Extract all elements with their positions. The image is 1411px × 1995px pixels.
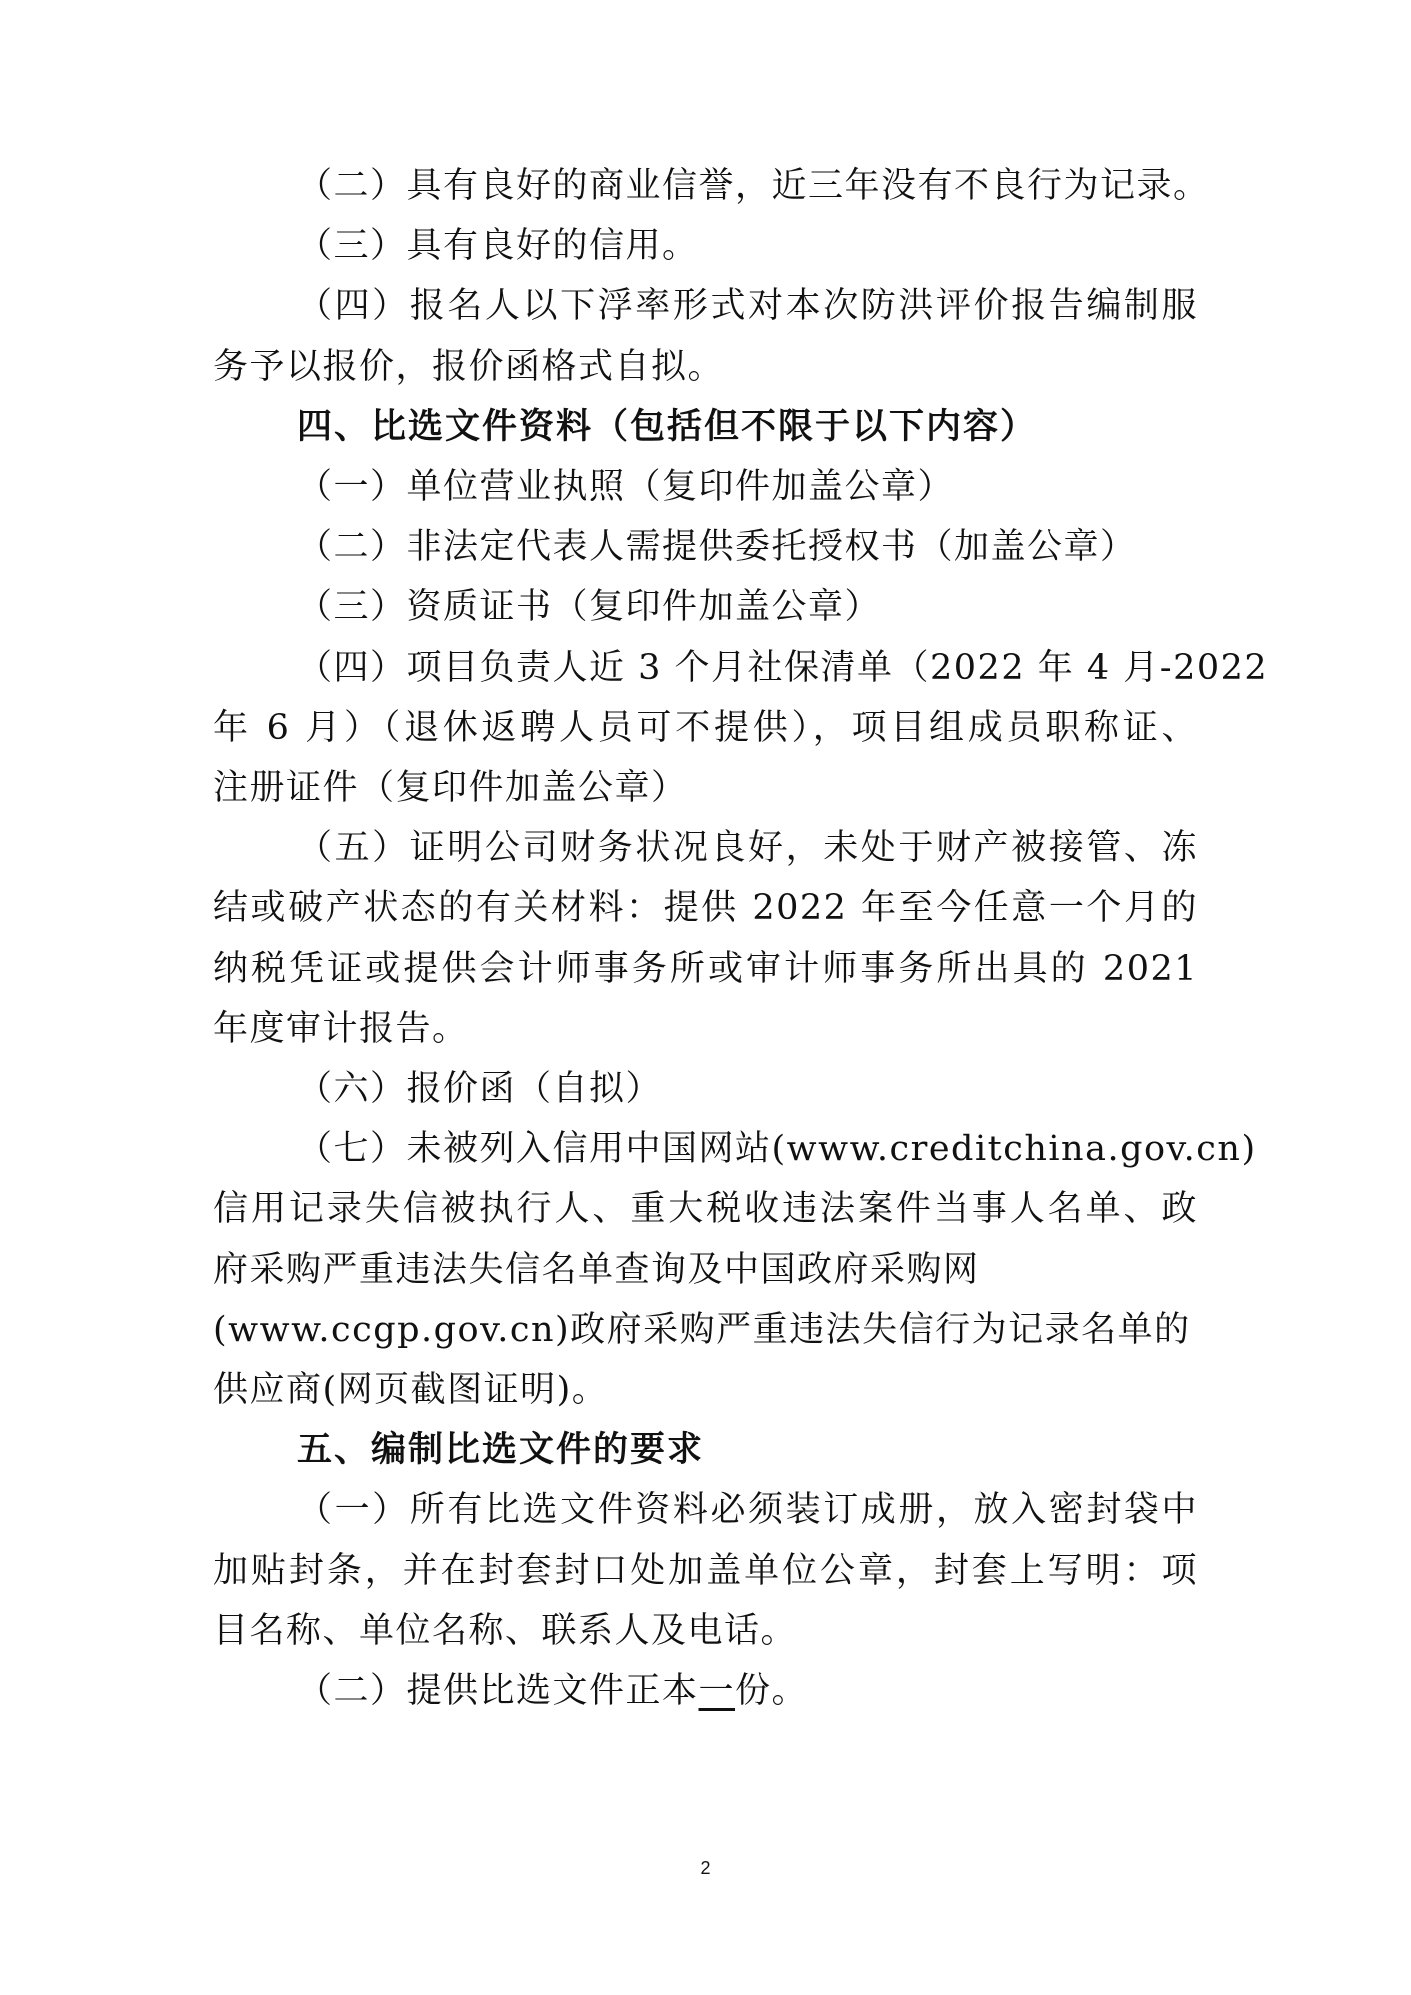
paragraph-line: 务予以报价，报价函格式自拟。 <box>213 337 1198 397</box>
paragraph-line: 年 6 月）（退休返聘人员可不提供），项目组成员职称证、 <box>213 698 1198 758</box>
paragraph-line: （四）报名人以下浮率形式对本次防洪评价报告编制服 <box>297 276 1198 336</box>
document-page: （二）具有良好的商业信誉，近三年没有不良行为记录。（三）具有良好的信用。（四）报… <box>0 0 1411 1995</box>
paragraph-line: 年度审计报告。 <box>213 999 1198 1059</box>
section-heading: 五、编制比选文件的要求 <box>297 1420 1198 1480</box>
paragraph-line: 信用记录失信被执行人、重大税收违法案件当事人名单、政 <box>213 1179 1198 1239</box>
paragraph-line: (www.ccgp.gov.cn)政府采购严重违法失信行为记录名单的 <box>213 1300 1198 1360</box>
paragraph-line: 供应商(网页截图证明)。 <box>213 1360 1198 1420</box>
section-heading: 四、比选文件资料（包括但不限于以下内容） <box>297 397 1198 457</box>
page-number: 2 <box>0 1858 1411 1879</box>
paragraph-line: （二）非法定代表人需提供委托授权书（加盖公章） <box>297 517 1198 577</box>
paragraph-line: （三）资质证书（复印件加盖公章） <box>297 577 1198 637</box>
paragraph-line: 纳税凭证或提供会计师事务所或审计师事务所出具的 2021 <box>213 939 1198 999</box>
line-prefix: （二）提供比选文件正本 <box>297 1671 699 1711</box>
paragraph-line: 结或破产状态的有关材料：提供 2022 年至今任意一个月的 <box>213 878 1198 938</box>
paragraph-line: 加贴封条，并在封套封口处加盖单位公章，封套上写明：项 <box>213 1541 1198 1601</box>
paragraph-line: （五）证明公司财务状况良好，未处于财产被接管、冻 <box>297 818 1198 878</box>
paragraph-line: 注册证件（复印件加盖公章） <box>213 758 1198 818</box>
paragraph-line: 府采购严重违法失信名单查询及中国政府采购网 <box>213 1240 1198 1300</box>
paragraph-line: （四）项目负责人近 3 个月社保清单（2022 年 4 月-2022 <box>297 638 1198 698</box>
paragraph-line: （一）单位营业执照（复印件加盖公章） <box>297 457 1198 517</box>
underlined-count: 一 <box>699 1671 736 1711</box>
paragraph-line: （三）具有良好的信用。 <box>297 216 1198 276</box>
paragraph-line: （一）所有比选文件资料必须装订成册，放入密封袋中 <box>297 1480 1198 1540</box>
line-suffix: 份。 <box>735 1671 808 1711</box>
paragraph-line: （六）报价函（自拟） <box>297 1059 1198 1119</box>
paragraph-line: （七）未被列入信用中国网站(www.creditchina.gov.cn) <box>297 1119 1198 1179</box>
paragraph-line: （二）具有良好的商业信誉，近三年没有不良行为记录。 <box>297 156 1198 216</box>
paragraph-line: 目名称、单位名称、联系人及电话。 <box>213 1601 1198 1661</box>
paragraph-line-original-copies: （二）提供比选文件正本一份。 <box>297 1661 1198 1721</box>
